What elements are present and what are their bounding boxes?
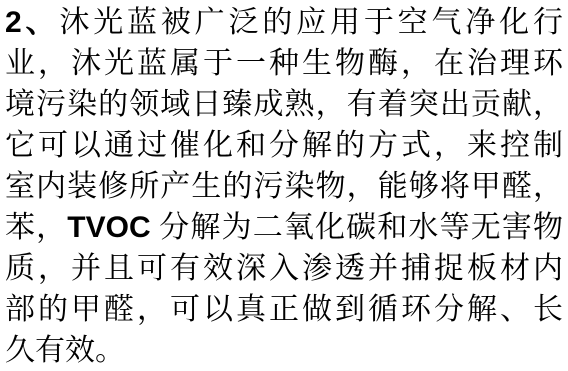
text-line: 苯，TVOC 分解为二氧化碳和水等无害物 — [5, 207, 563, 248]
text-segment: 苯， — [5, 211, 67, 244]
text-segment: 沐光蓝被广泛的应用于空气净化行 — [59, 6, 563, 39]
text-line: 室内装修所产生的污染物，能够将甲醛， — [5, 166, 563, 207]
text-segment: 分解为二氧化碳和水等无害物 — [151, 211, 563, 244]
text-segment: 室内装修所产生的污染物，能够将甲醛， — [5, 170, 563, 203]
document-page: 2、沐光蓝被广泛的应用于空气净化行 业，沐光蓝属于一种生物酶，在治理环 境污染的… — [0, 0, 568, 371]
text-segment: 久有效。 — [5, 334, 125, 367]
text-line: 境污染的领域日臻成熟，有着突出贡献， — [5, 84, 563, 125]
acronym-tvoc: TVOC — [67, 211, 150, 244]
text-line: 质，并且可有效深入渗透并捕捉板材内 — [5, 248, 563, 289]
text-line: 2、沐光蓝被广泛的应用于空气净化行 — [5, 2, 563, 43]
text-segment: 业，沐光蓝属于一种生物酶，在治理环 — [5, 47, 563, 80]
text-segment: 质，并且可有效深入渗透并捕捉板材内 — [5, 252, 563, 285]
text-segment: 它可以通过催化和分解的方式，来控制 — [5, 129, 563, 162]
text-segment: 部的甲醛，可以真正做到循环分解、长 — [5, 293, 563, 326]
list-number: 2、 — [5, 6, 59, 39]
text-line: 久有效。 — [5, 330, 563, 371]
text-line: 它可以通过催化和分解的方式，来控制 — [5, 125, 563, 166]
text-segment: 境污染的领域日臻成熟，有着突出贡献， — [5, 88, 563, 121]
text-line: 业，沐光蓝属于一种生物酶，在治理环 — [5, 43, 563, 84]
text-line: 部的甲醛，可以真正做到循环分解、长 — [5, 289, 563, 330]
